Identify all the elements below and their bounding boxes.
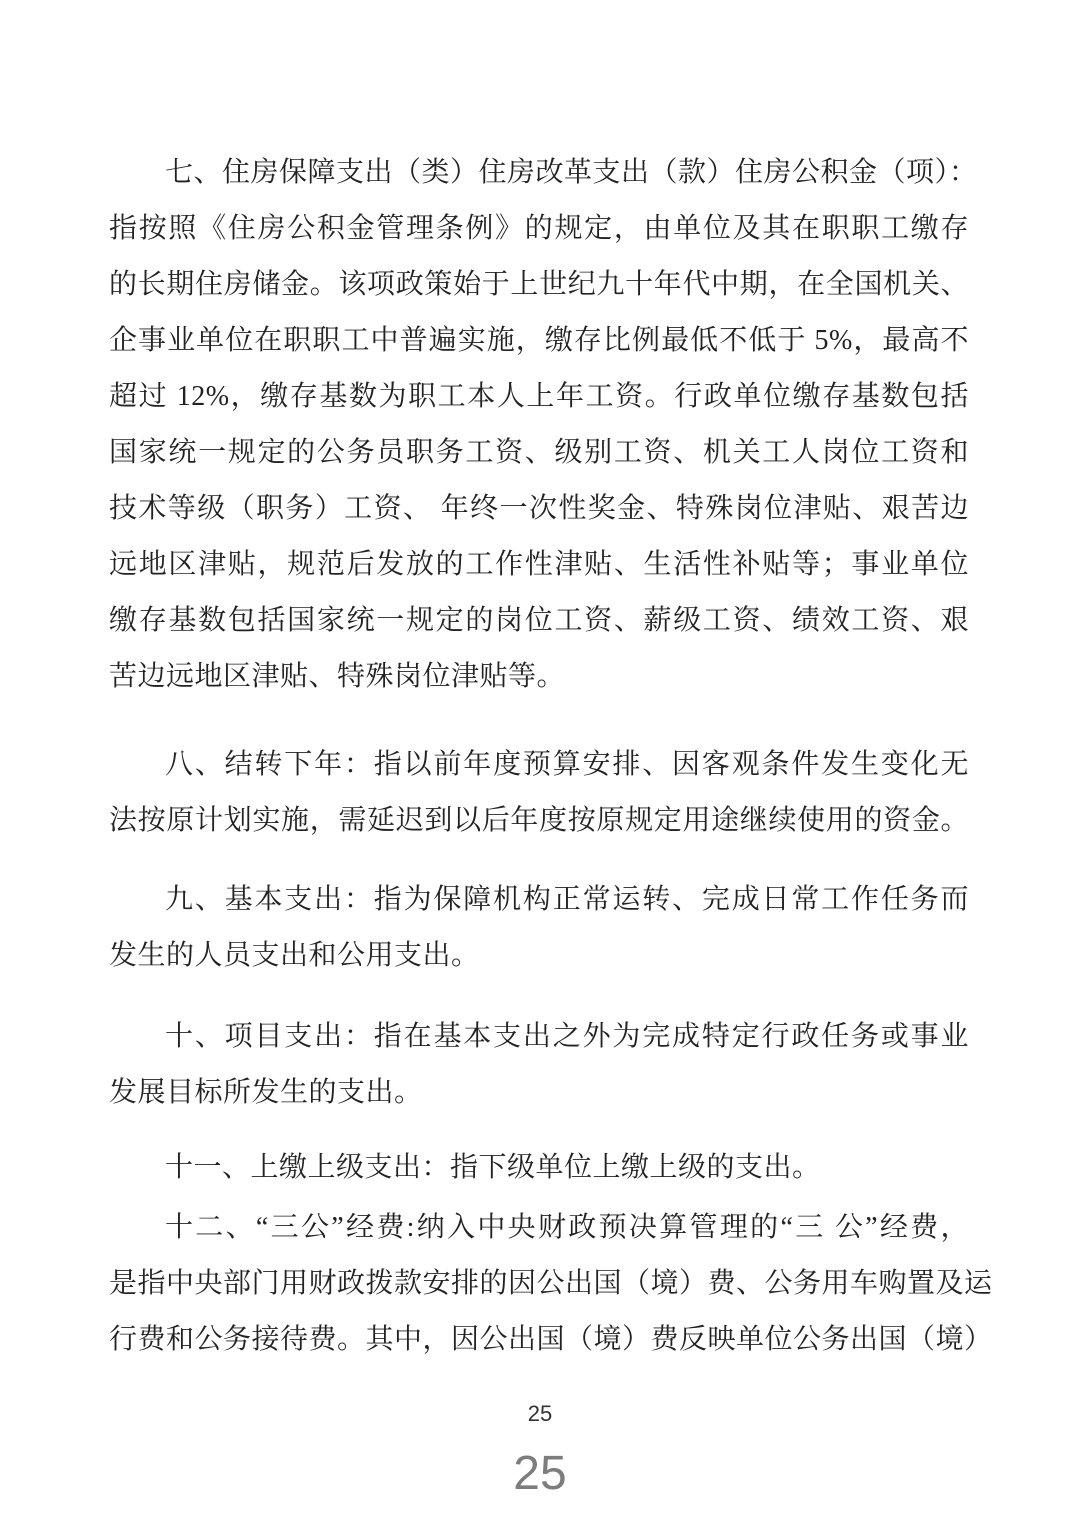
text-line: 国家统一规定的公务员职务工资、级别工资、机关工人岗位工资和 (109, 425, 969, 481)
text-line: 是指中央部门用财政拨款安排的因公出国（境）费、公务用车购置及运 (109, 1256, 969, 1312)
caption-page-number: 25 (0, 1448, 1080, 1500)
text-line: 指按照《住房公积金管理条例》的规定，由单位及其在职职工缴存 (109, 201, 969, 257)
paragraph-item-12: 十二、“三公”经费:纳入中央财政预决算管理的“三 公”经费， 是指中央部门用财政… (109, 1200, 969, 1368)
text-line: 法按原计划实施，需延迟到以后年度按原规定用途继续使用的资金。 (109, 793, 969, 849)
text-line: 缴存基数包括国家统一规定的岗位工资、薪级工资、绩效工资、艰 (109, 593, 969, 649)
text-line: 八、结转下年：指以前年度预算安排、因客观条件发生变化无 (109, 737, 969, 793)
text-line: 九、基本支出：指为保障机构正常运转、完成日常工作任务而 (109, 872, 969, 928)
text-line: 行费和公务接待费。其中，因公出国（境）费反映单位公务出国（境） (109, 1312, 969, 1368)
text-line: 十二、“三公”经费:纳入中央财政预决算管理的“三 公”经费， (109, 1200, 969, 1256)
text-line: 技术等级（职务）工资、 年终一次性奖金、特殊岗位津贴、艰苦边 (109, 481, 969, 537)
document-body: 七、住房保障支出（类）住房改革支出（款）住房公积金（项）： 指按照《住房公积金管… (109, 145, 969, 1368)
text-line: 企事业单位在职职工中普遍实施，缴存比例最低不低于 5%，最高不 (109, 313, 969, 369)
paragraph-item-8: 八、结转下年：指以前年度预算安排、因客观条件发生变化无 法按原计划实施，需延迟到… (109, 737, 969, 849)
text-line: 七、住房保障支出（类）住房改革支出（款）住房公积金（项）： (109, 145, 969, 201)
paragraph-item-7: 七、住房保障支出（类）住房改革支出（款）住房公积金（项）： 指按照《住房公积金管… (109, 145, 969, 705)
text-line: 超过 12%，缴存基数为职工本人上年工资。行政单位缴存基数包括 (109, 369, 969, 425)
document-page: 七、住房保障支出（类）住房改革支出（款）住房公积金（项）： 指按照《住房公积金管… (0, 0, 1080, 1526)
text-line: 十、项目支出：指在基本支出之外为完成特定行政任务或事业 (109, 1009, 969, 1065)
text-line: 的长期住房储金。该项政策始于上世纪九十年代中期，在全国机关、 (109, 257, 969, 313)
paragraph-item-11: 十一、上缴上级支出：指下级单位上缴上级的支出。 (109, 1140, 969, 1196)
text-line: 远地区津贴，规范后发放的工作性津贴、生活性补贴等；事业单位 (109, 537, 969, 593)
text-line: 十一、上缴上级支出：指下级单位上缴上级的支出。 (109, 1140, 969, 1196)
text-line: 苦边远地区津贴、特殊岗位津贴等。 (109, 649, 969, 705)
paragraph-item-9: 九、基本支出：指为保障机构正常运转、完成日常工作任务而 发生的人员支出和公用支出… (109, 872, 969, 984)
text-line: 发生的人员支出和公用支出。 (109, 928, 969, 984)
paragraph-item-10: 十、项目支出：指在基本支出之外为完成特定行政任务或事业 发展目标所发生的支出。 (109, 1009, 969, 1121)
text-line: 发展目标所发生的支出。 (109, 1065, 969, 1121)
footer-page-number: 25 (0, 1400, 1080, 1428)
